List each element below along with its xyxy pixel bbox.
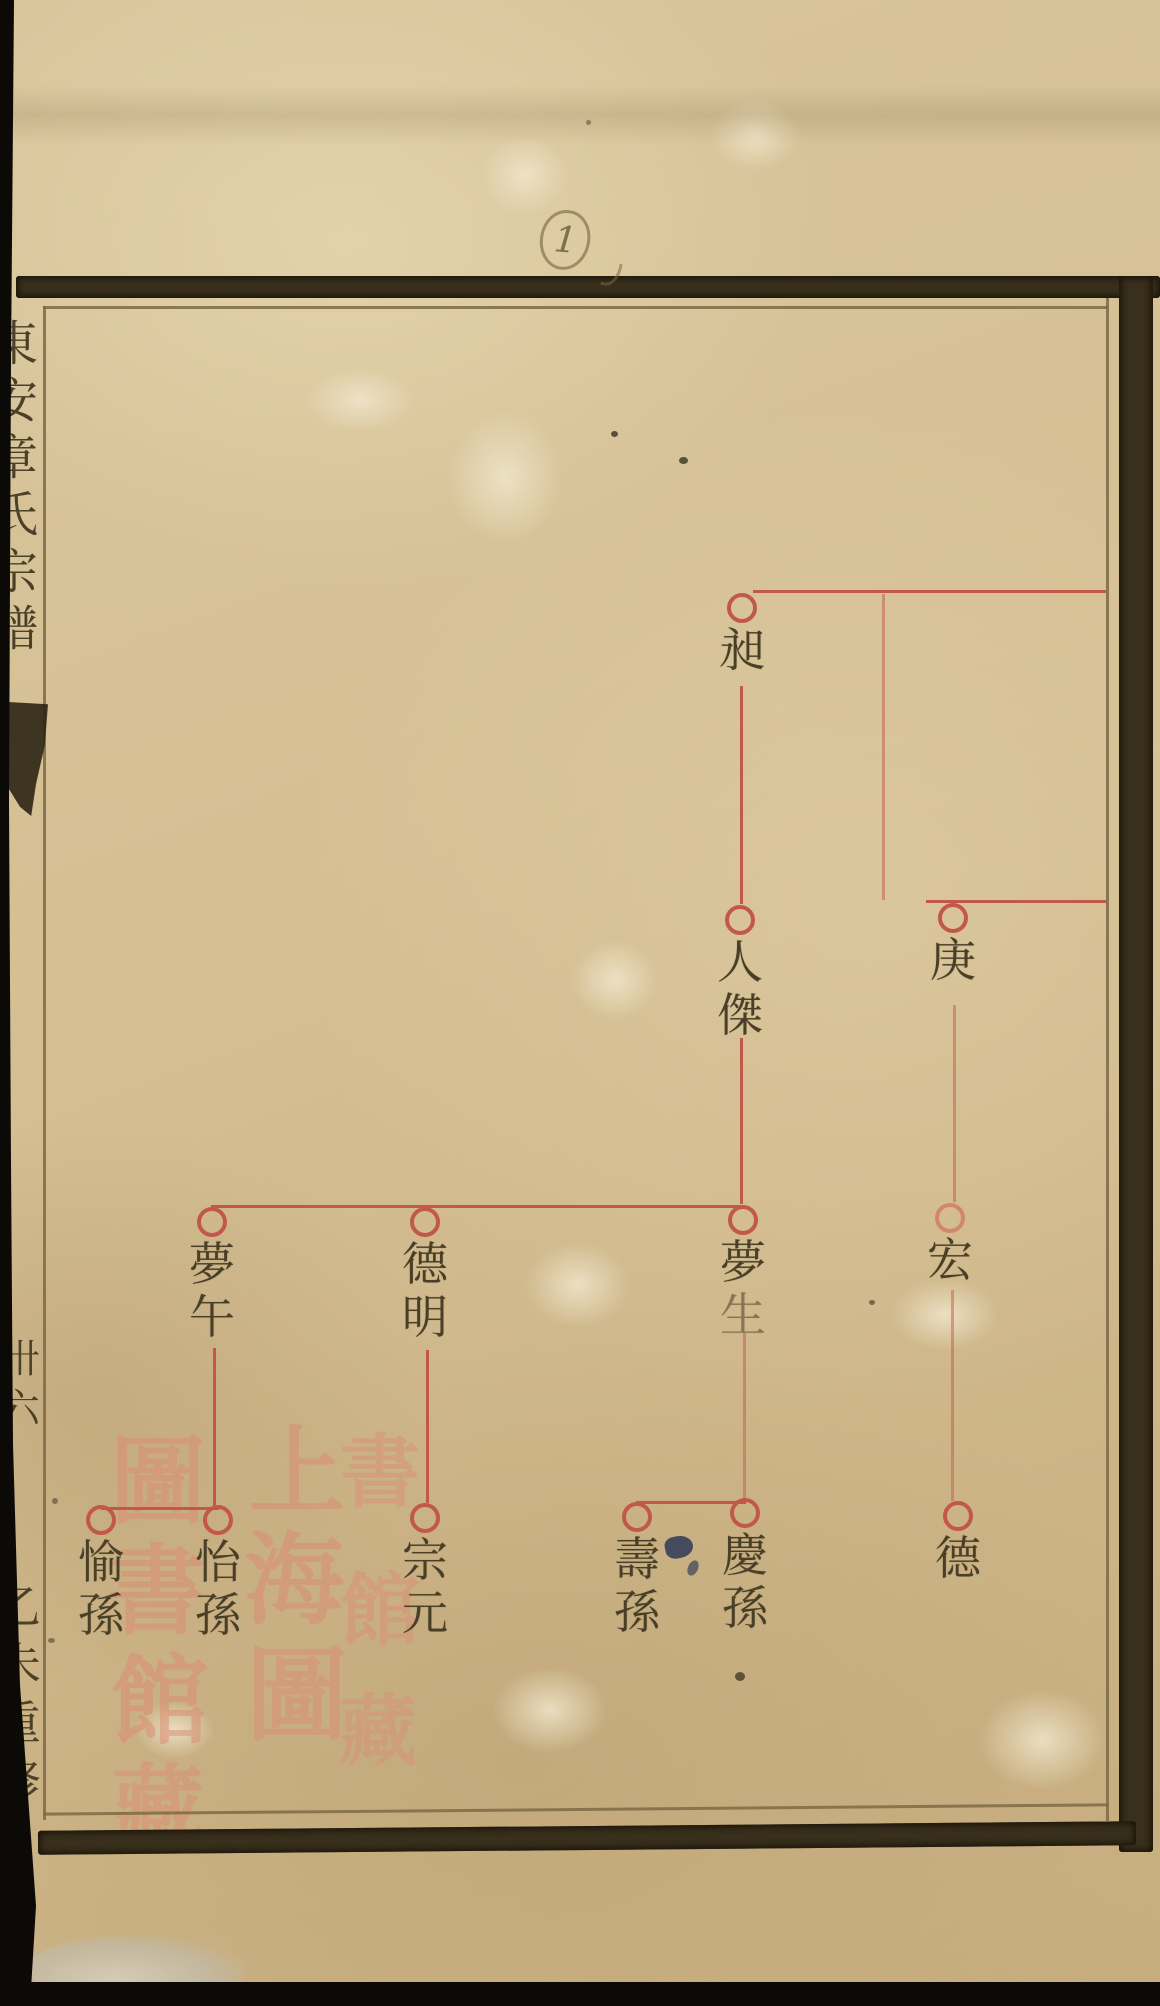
tree-node-char: 德 [935,1532,981,1585]
tree-node-char: 生 [720,1289,766,1342]
tree-node-ring-shousun [622,1502,652,1532]
tree-node-char: 昶 [719,624,765,677]
tree-node-ring-renjie [725,905,755,935]
tree-node-char: 宏 [927,1234,973,1287]
tree-node-label-yusun: 愉孫 [73,1536,129,1642]
tree-node-char: 庚 [930,934,976,987]
tree-node-label-hong: 宏 [922,1234,978,1287]
frame-inner-line-top [43,306,1108,309]
tree-node-ring-geng [938,903,968,933]
tree-node-char: 元 [402,1587,448,1640]
tree-node-ring-qingsun [730,1498,760,1528]
tree-node-char: 怡 [195,1536,241,1589]
tree-node-ring-yusun [86,1505,116,1535]
tree-connector-h-12 [636,1501,746,1504]
frame-border-right [1119,276,1153,1852]
tree-node-ring-mengwu [197,1207,227,1237]
tree-connector-v-9 [743,1333,746,1498]
tree-connector-v-8 [426,1350,429,1503]
tree-node-label-yisun: 怡孫 [190,1536,246,1642]
tree-connector-h-0 [753,590,1106,593]
frame-inner-line-right [1106,298,1109,1822]
seal-glyph-2: 館 [111,1653,209,1751]
frame-border-top [16,276,1160,298]
tree-node-char: 午 [189,1291,235,1344]
tree-node-char: 明 [402,1291,448,1344]
scan-edge-bottom [0,1982,1160,2006]
tree-connector-v-2 [740,686,743,904]
tree-connector-v-5 [740,1038,743,1204]
tree-node-ring-hong [935,1203,965,1233]
ink-speck [869,1300,875,1305]
tree-node-label-mengwu: 夢午 [184,1238,240,1344]
tree-node-char: 傑 [717,989,763,1042]
handwritten-number-text: 1 [552,219,578,262]
tree-node-ring-de [943,1501,973,1531]
tree-node-char: 夢 [720,1236,766,1289]
tree-node-char: 孫 [78,1589,124,1642]
ink-speck [48,1638,55,1643]
tree-node-char: 孫 [614,1586,660,1639]
tree-node-label-qingsun: 慶孫 [717,1529,773,1635]
tree-connector-v-10 [951,1290,954,1501]
ink-speck [586,120,591,125]
ink-speck [52,1498,58,1504]
tree-connector-v-1 [882,594,885,900]
tree-connector-h-6 [211,1205,744,1208]
tree-node-char: 夢 [189,1238,235,1291]
tree-node-label-de: 德 [930,1532,986,1585]
ink-speck [735,1672,745,1681]
tree-node-char: 宗 [402,1534,448,1587]
tree-node-char: 孫 [195,1589,241,1642]
tree-node-char: 德 [402,1238,448,1291]
tree-node-ring-deming [410,1207,440,1237]
tree-node-label-shousun: 壽孫 [609,1533,665,1639]
tree-node-char: 壽 [614,1533,660,1586]
tree-node-ring-chang [727,593,757,623]
tree-node-ring-yisun [203,1505,233,1535]
seal-glyph-4: 上 [249,1424,345,1520]
ink-speck [611,431,618,437]
tree-node-label-chang: 昶 [714,624,770,677]
seal-glyph-0: 圖 [110,1434,206,1530]
tree-node-char: 孫 [722,1582,768,1635]
tree-node-char: 愉 [78,1536,124,1589]
tree-connector-h-11 [101,1507,219,1510]
tree-connector-v-7 [213,1348,216,1508]
seal-glyph-5: 海 [244,1530,344,1630]
tree-node-label-geng: 庚 [925,934,981,987]
tree-node-ring-mengsheng [728,1205,758,1235]
seal-glyph-9: 藏 [339,1693,417,1771]
tree-node-ring-zongyuan [410,1503,440,1533]
scanned-genealogy-page: 圖書館藏上海圖書館藏 昶人傑庚夢午德明夢生宏愉孫怡孫宗元壽孫慶孫德 東安章氏宗譜… [0,0,1160,2006]
tree-node-label-renjie: 人傑 [712,936,768,1042]
ink-speck [679,457,688,464]
tree-node-label-mengsheng: 夢生 [715,1236,771,1342]
tree-connector-v-4 [953,1005,956,1202]
tree-node-label-zongyuan: 宗元 [397,1534,453,1640]
tree-node-char: 人 [717,936,763,989]
seal-glyph-7: 書 [340,1432,420,1512]
tree-node-label-deming: 德明 [397,1238,453,1344]
seal-glyph-6: 圖 [246,1645,348,1747]
tree-node-char: 慶 [722,1529,768,1582]
